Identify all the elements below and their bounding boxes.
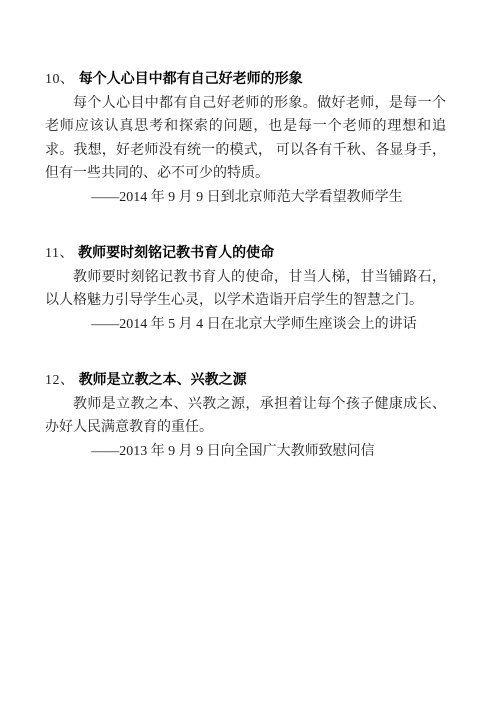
section-11-body: 教师要时刻铭记教书育人的使命，甘当人梯，甘当铺路石，以人格魅力引导学生心灵，以学… bbox=[45, 266, 446, 313]
section-12-body: 教师是立教之本、兴教之源，承担着让每个孩子健康成长、办好人民满意教育的重任。 bbox=[45, 393, 446, 440]
section-11: 11、教师要时刻铭记教书育人的使命 教师要时刻铭记教书育人的使命，甘当人梯，甘当… bbox=[45, 242, 446, 336]
section-12-title: 教师是立教之本、兴教之源 bbox=[79, 373, 247, 388]
section-12-number: 12、 bbox=[45, 373, 75, 388]
section-11-title: 教师要时刻铭记教书育人的使命 bbox=[78, 246, 274, 261]
section-12-heading: 12、教师是立教之本、兴教之源 bbox=[45, 369, 446, 393]
section-10: 10、每个人心目中都有自己好老师的形象 每个人心目中都有自己好老师的形象。做好老… bbox=[45, 68, 446, 209]
section-10-number: 10、 bbox=[45, 72, 75, 87]
section-12-source: ——2013 年 9 月 9 日向全国广大教师致慰问信 bbox=[45, 440, 446, 464]
section-10-source: ——2014 年 9 月 9 日到北京师范大学看望教师学生 bbox=[45, 186, 446, 210]
section-11-number: 11、 bbox=[45, 246, 74, 261]
section-10-title: 每个人心目中都有自己好老师的形象 bbox=[79, 72, 303, 87]
document-page: 10、每个人心目中都有自己好老师的形象 每个人心目中都有自己好老师的形象。做好老… bbox=[0, 0, 490, 718]
section-12: 12、教师是立教之本、兴教之源 教师是立教之本、兴教之源，承担着让每个孩子健康成… bbox=[45, 369, 446, 463]
section-11-source: ——2014 年 5 月 4 日在北京大学师生座谈会上的讲话 bbox=[45, 313, 446, 337]
document-content: 10、每个人心目中都有自己好老师的形象 每个人心目中都有自己好老师的形象。做好老… bbox=[45, 68, 446, 463]
section-10-body: 每个人心目中都有自己好老师的形象。做好老师，是每一个老师应该认真思考和探索的问题… bbox=[45, 92, 446, 186]
section-11-heading: 11、教师要时刻铭记教书育人的使命 bbox=[45, 242, 446, 266]
section-10-heading: 10、每个人心目中都有自己好老师的形象 bbox=[45, 68, 446, 92]
